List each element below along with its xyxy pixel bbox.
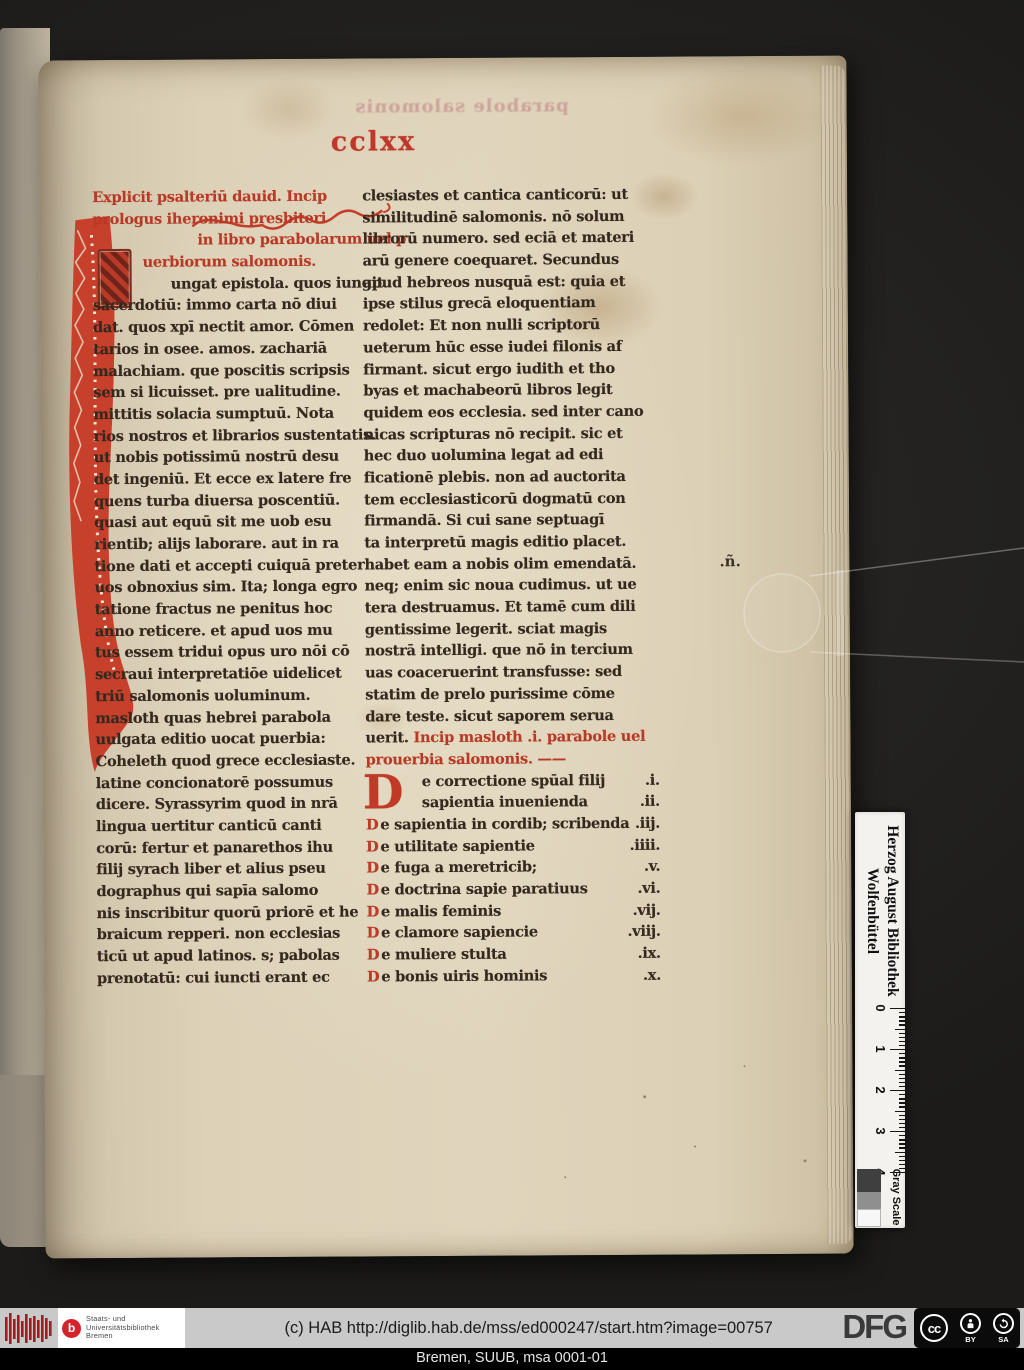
ruler: 01234 (855, 1008, 905, 1176)
ruler-number: 1 (873, 1041, 888, 1057)
capitulum-row: De bonis uiris hominis.x. (367, 964, 667, 988)
ruler-tick (890, 1090, 905, 1091)
ruler-tick (895, 1029, 905, 1030)
swatch-light (857, 1209, 881, 1227)
manuscript-line: uulgata editio uocat puerbia: (95, 728, 363, 751)
manuscript-line: tatione fractus ne penitus hoc (95, 598, 363, 621)
manuscript-line: prologus iheronimi presbiteri (92, 207, 360, 230)
ruler-tick (899, 1065, 905, 1066)
manuscript-line: firmandā. Si cui sane septuagī (364, 509, 664, 533)
ruler-tick (899, 1102, 905, 1103)
manuscript-line: secraui interpretatiōe uidelicet (95, 663, 363, 686)
suub-bremen-bars-logo (0, 1308, 58, 1348)
manuscript-line: tus essem tridui opus uro nōi cō (95, 641, 363, 664)
manuscript-line: dographus qui sapīa salomo (96, 880, 364, 903)
manuscript-line: sem si licuisset. pre ualitudine. (93, 381, 361, 404)
gray-scale-card: Herzog August Bibliothek Wolfenbüttel 01… (855, 812, 905, 1228)
capitulum-row: De muliere stulta.ix. (367, 943, 667, 967)
manuscript-line: ticū ut apud latinos. s; pabolas (97, 945, 365, 968)
manuscript-line: uos obnoxius sim. Ita; longa egro (95, 576, 363, 599)
cc-by-icon (960, 1313, 981, 1334)
ruler-tick (899, 1139, 905, 1140)
book-page: parabole salomonis cclxx Explicit psalte… (38, 56, 853, 1259)
ruler-tick (899, 1115, 905, 1116)
manuscript-line: malachiam. que poscitis scripsis (93, 359, 361, 382)
manuscript-line: Explicit psalteriū dauid. Incip (92, 186, 360, 209)
manuscript-line: tarios in osee. amos. zachariā (93, 337, 361, 360)
manuscript-line: latine concionatorē possumus (96, 771, 364, 794)
manuscript-line: ueterum hūc esse iudei filonis af (363, 335, 663, 359)
ruler-tick (899, 1164, 905, 1165)
ruler-tick (899, 1020, 905, 1021)
manuscript-line: det ingeniū. Et ecce ex latere fre (94, 467, 362, 490)
ruler-tick (899, 1082, 905, 1083)
ruler-tick (890, 1131, 905, 1132)
manuscript-line: sacerdotiū: immo carta nō diui (93, 294, 361, 317)
ruler-tick (895, 1152, 905, 1153)
ruler-tick (899, 1086, 905, 1087)
ruler-tick (899, 1119, 905, 1120)
manuscript-line: tione dati et accepti cuiquā preter (94, 554, 362, 577)
manuscript-line: Coheleth quod grece ecclesiaste. (96, 749, 364, 772)
ruler-tick (899, 1012, 905, 1013)
cc-license-badge: cc BY SA (914, 1308, 1020, 1348)
ruler-tick (899, 1057, 905, 1058)
page-holder-strip (740, 540, 1024, 680)
manuscript-line: triū salomonis uoluminum. (95, 684, 363, 707)
ruler-tick (899, 1127, 905, 1128)
ruler-tick (899, 1094, 905, 1095)
cc-sa-label: SA (998, 1335, 1008, 1344)
manuscript-line: uas coaceruerint transfusse: sed (365, 661, 665, 685)
manuscript-line: similitudinē salomonis. nō solum (362, 205, 662, 229)
ruler-tick (899, 1045, 905, 1046)
manuscript-line: nis inscribitur quorū priorē et he (96, 901, 364, 924)
manuscript-line: byas et machabeorū libros legit (363, 379, 663, 403)
ruler-tick (899, 1156, 905, 1157)
ruler-tick (899, 1106, 905, 1107)
manuscript-line: prenotatū: cui iuncti erant ec (97, 966, 365, 989)
swatch-dark (857, 1169, 881, 1192)
gray-scale-swatches (857, 1169, 881, 1227)
ruler-tick (890, 1049, 905, 1050)
manuscript-line: redolet: Et non nulli scriptorū (363, 314, 663, 338)
capitulum-row: De fuga a meretricib;.v. (366, 856, 666, 880)
manuscript-line: statim de prelo purissime cōme (365, 682, 665, 706)
manuscript-line: clesiastes et cantica canticorū: ut (362, 184, 662, 208)
ruler-tick (899, 1041, 905, 1042)
manuscript-line: in libro parabolarum uel p (92, 229, 360, 252)
digitized-manuscript-view: parabole salomonis cclxx Explicit psalte… (0, 0, 1024, 1370)
ruler-tick (899, 1135, 905, 1136)
ruler-tick (895, 1111, 905, 1112)
bremen-b-badge: b (62, 1319, 81, 1338)
ruler-tick (899, 1160, 905, 1161)
manuscript-line: hec duo uolumina legat ad edi (364, 444, 664, 468)
manuscript-line: uerbiorum salomonis. (93, 251, 361, 274)
manuscript-line: masloth quas hebrei parabola (95, 706, 363, 729)
suub-bremen-logo: b Staats- und Universitätsbibliothek Bre… (58, 1308, 185, 1348)
manuscript-line: uerit. Incip masloth .i. parabole uel (365, 726, 665, 750)
margin-note: .ñ. (719, 552, 740, 570)
manuscript-line: filij syrach liber et alius pseu (96, 858, 364, 881)
cc-sa-icon (993, 1313, 1014, 1334)
manuscript-line: tera destruamus. Et tamē cum dili (365, 596, 665, 620)
manuscript-line: ungat epistola. quos iungit (93, 272, 361, 295)
manuscript-line: anno reticere. et apud uos mu (95, 619, 363, 642)
capitula-initial-d: D (363, 771, 404, 815)
manuscript-line: tem ecclesiasticorū dogmatū con (364, 487, 664, 511)
ruler-tick (899, 1024, 905, 1025)
manuscript-line: dare teste. sicut saporem serua (365, 704, 665, 728)
ruler-number: 3 (873, 1123, 888, 1139)
manuscript-line: rientib; alijs laborare. aut in ra (94, 533, 362, 556)
manuscript-line: prouerbia salomonis. —— (366, 748, 666, 772)
swatch-mid (857, 1192, 881, 1209)
manuscript-line: ficationē plebis. non ad auctorita (364, 466, 664, 490)
manuscript-photo: parabole salomonis cclxx Explicit psalte… (0, 0, 1024, 1308)
ruler-tick (899, 1123, 905, 1124)
capitulum-row: De clamore sapiencie.viij. (367, 921, 667, 945)
manuscript-line: quens turba diuersa poscentiū. (94, 489, 362, 512)
capitulum-row: De doctrina sapie paratiuus.vi. (366, 878, 666, 902)
manuscript-line: corū: fertur et panarethos ihu (96, 836, 364, 859)
copyright-url: (c) HAB http://diglib.hab.de/mss/ed00024… (185, 1319, 842, 1338)
cc-icon: cc (920, 1314, 948, 1342)
ruler-tick (899, 1074, 905, 1075)
manuscript-line: mittitis solacia sumptuū. Nota (93, 402, 361, 425)
manuscript-line: quasi aut equū sit me uob esu (94, 511, 362, 534)
ruler-tick (890, 1008, 905, 1009)
manuscript-line: apud hebreos nusquā est: quia et (363, 270, 663, 294)
ruler-tick (899, 1061, 905, 1062)
right-text-column: clesiastes et cantica canticorū: utsimil… (362, 184, 667, 988)
ruler-tick (899, 1016, 905, 1017)
manuscript-line: arū genere coequaret. Secundus (363, 249, 663, 273)
gray-scale-label: Gray Scale (890, 1168, 902, 1226)
ruler-number: 0 (873, 1000, 888, 1016)
footer-bar: b Staats- und Universitätsbibliothek Bre… (0, 1308, 1024, 1348)
showthrough-text: parabole salomonis (289, 95, 569, 118)
manuscript-line: neq; enim sic noua cudimus. ut ue (365, 574, 665, 598)
manuscript-line: braicum repperi. non ecclesias (97, 923, 365, 946)
manuscript-line: ta interpretū magis editio placet. (364, 531, 664, 555)
capitulum-row: De utilitate sapientie.iiii. (366, 834, 666, 858)
left-text-column: Explicit psalteriū dauid. Incipprologus … (92, 186, 365, 990)
bremen-logo-text: Staats- und Universitätsbibliothek Breme… (86, 1315, 159, 1341)
ruler-tick (899, 1078, 905, 1079)
cc-by-label: BY (965, 1335, 975, 1344)
ruler-tick (899, 1033, 905, 1034)
ruler-tick (899, 1053, 905, 1054)
manuscript-line: librorū numero. sed eciā et materi (362, 227, 662, 251)
shelfmark-caption: Bremen, SUUB, msa 0001-01 (0, 1348, 1024, 1370)
library-label: Herzog August Bibliothek Wolfenbüttel (862, 814, 902, 1008)
ruler-tick (899, 1098, 905, 1099)
manuscript-line: habet eam a nobis olim emendatā. (364, 552, 664, 576)
ruler-tick (899, 1147, 905, 1148)
capitula-list: De correctione spūal filij.i.sapientia i… (366, 769, 667, 988)
capitulum-row: De malis feminis.vij. (366, 899, 666, 923)
capitulum-row: De sapientia in cordib; scribenda.iij. (366, 813, 666, 837)
manuscript-line: lingua uertitur canticū canti (96, 814, 364, 837)
manuscript-line: dicere. Syrassyrim quod in nrā (96, 793, 364, 816)
capitulum-row: De correctione spūal filij.i. (366, 769, 666, 793)
manuscript-line: ipse stilus grecā eloquentiam (363, 292, 663, 316)
manuscript-line: nostrā intelligi. que nō in tercium (365, 639, 665, 663)
ruler-tick (895, 1070, 905, 1071)
ruler-number: 2 (873, 1082, 888, 1098)
ruler-tick (899, 1143, 905, 1144)
manuscript-line: ut nobis potissimū nostrū desu (94, 446, 362, 469)
manuscript-line: quidem eos ecclesia. sed inter cano (363, 401, 663, 425)
manuscript-line: nicas scripturas nō recipit. sic et (364, 422, 664, 446)
ruler-tick (899, 1037, 905, 1038)
dfg-logo: DFG (842, 1308, 914, 1348)
manuscript-line: rios nostros et librarios sustentatis. (94, 424, 362, 447)
manuscript-line: firmant. sicut ergo iudith et tho (363, 357, 663, 381)
manuscript-line: gentissime legerit. sciat magis (365, 617, 665, 641)
capitulum-row: sapientia inuenienda.ii. (366, 791, 666, 815)
manuscript-line: dat. quos xpī nectit amor. Cōmen (93, 316, 361, 339)
gray-scale-patch: Gray Scale (855, 1168, 905, 1228)
